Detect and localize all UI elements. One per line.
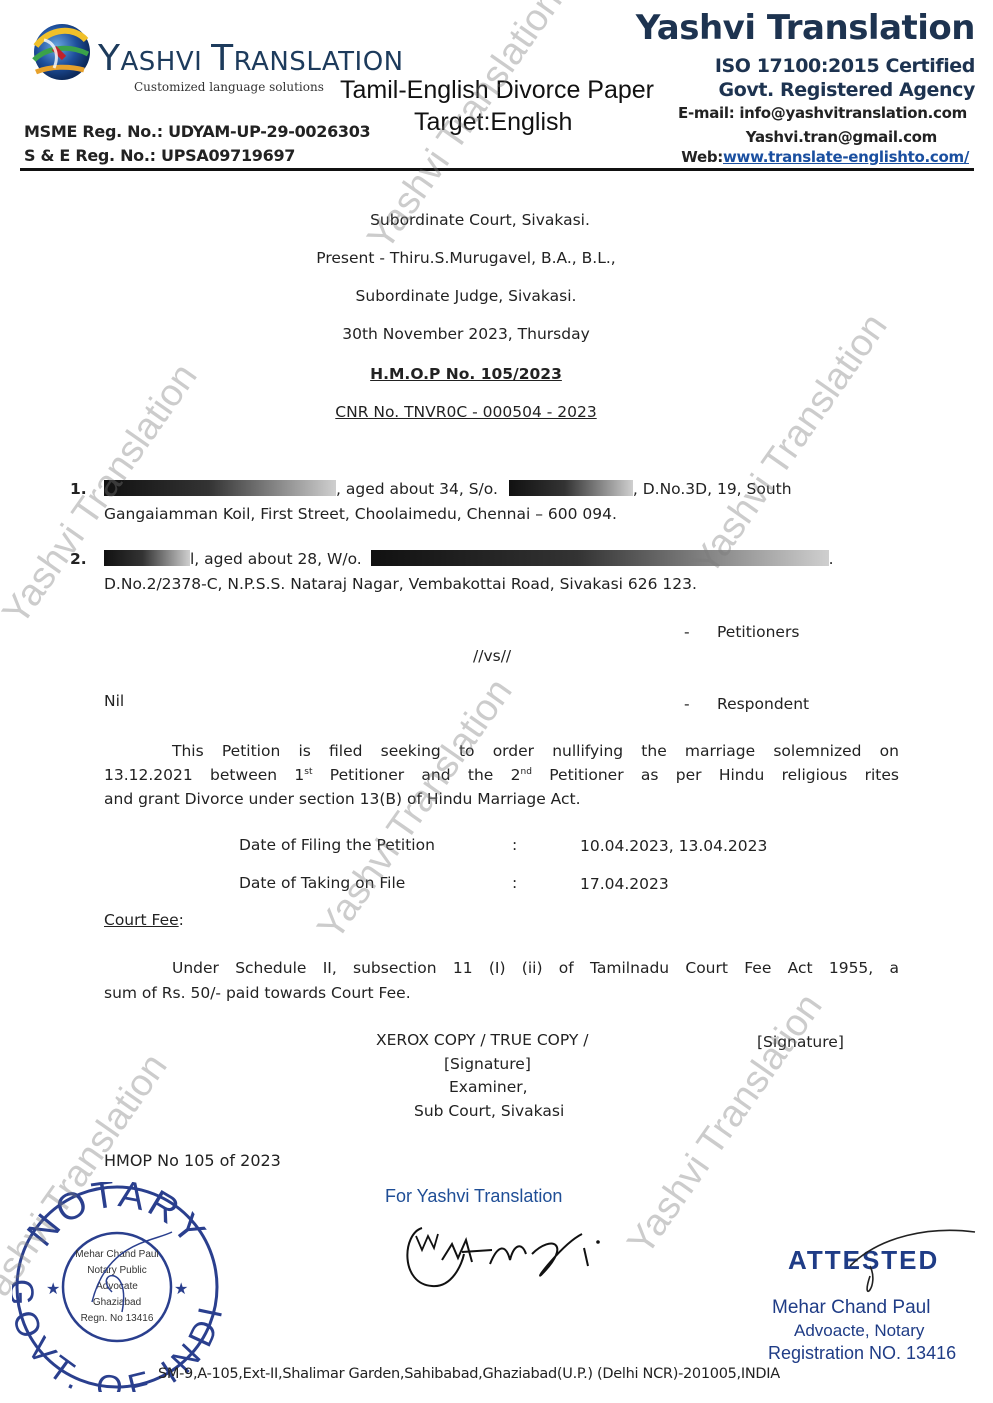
court-fee-heading-text: Court Fee: [104, 911, 179, 929]
logo-tagline: Customized language solutions: [134, 80, 324, 94]
translator-signature-icon: [402, 1214, 612, 1294]
iso-certification: ISO 17100:2015 Certified: [715, 55, 975, 77]
stamp-line: Advocate: [96, 1281, 138, 1292]
petitioner-1-line-1: , aged about 34, S/o. , D.No.3D, 19, Sou…: [104, 480, 899, 498]
versus-separator: //vs//: [473, 647, 511, 665]
contact-website: Web:www.translate-englishto.com/: [681, 148, 969, 166]
se-registration: S & E Reg. No.: UPSA09719697: [24, 146, 295, 165]
stamp-line: Notary Public: [87, 1265, 146, 1276]
petitioner-2-number: 2.: [70, 550, 87, 568]
contact-email-secondary: Yashvi.tran@gmail.com: [746, 128, 937, 146]
star-icon: ★: [174, 1281, 188, 1298]
copy-certification: XEROX COPY / TRUE COPY /: [376, 1031, 588, 1049]
logo-text: ASHVI: [121, 47, 212, 77]
petitioner-2-line-1: l, aged about 28, W/o. .: [104, 550, 899, 568]
redacted-name: [104, 550, 190, 566]
msme-registration: MSME Reg. No.: UDYAM-UP-29-0026303: [24, 122, 370, 141]
document-title: Tamil-English Divorce Paper: [340, 76, 654, 105]
website-label: Web:: [681, 148, 723, 166]
examiner-title: Examiner,: [449, 1078, 528, 1096]
svg-text:NOTARY: NOTARY: [19, 1182, 214, 1254]
petition-line-2: 13.12.2021 between 1st Petitioner and th…: [104, 766, 899, 784]
filing-date-label: Date of Filing the Petition: [239, 836, 435, 854]
redacted-name: [509, 480, 633, 496]
logo-letter: Y: [98, 38, 121, 79]
taking-on-file-label: Date of Taking on File: [239, 874, 405, 892]
court-fee-line-1: Under Schedule II, subsection 11 (I) (ii…: [172, 959, 899, 977]
petitioner-1-line-2: Gangaiamman Koil, First Street, Choolaim…: [104, 505, 899, 523]
document-target-language: Target:English: [414, 108, 572, 137]
header-divider: [20, 168, 974, 171]
contact-email-primary: E-mail: info@yashvitranslation.com: [678, 104, 967, 122]
stamp-top-text: NOTARY: [19, 1182, 214, 1254]
judge-title: Subordinate Judge, Sivakasi.: [0, 287, 932, 305]
brand-name: Yashvi Translation: [636, 8, 975, 48]
punctuation: :: [179, 911, 184, 929]
stamp-line: Ghaziabad: [93, 1297, 141, 1308]
govt-registration: Govt. Registered Agency: [719, 79, 976, 101]
respondent-label: Respondent: [717, 695, 809, 713]
watermark: Yashvi Translation: [310, 671, 522, 948]
notary-stamp: NOTARY GOVT. OF INDIA ★ ★ Mehar Chand Pa…: [12, 1182, 222, 1392]
website-link[interactable]: www.translate-englishto.com/: [723, 148, 969, 166]
logo-globe-icon: [24, 18, 94, 88]
stamp-line: Regn. No 13416: [81, 1313, 154, 1324]
order-date: 30th November 2023, Thursday: [0, 325, 932, 343]
presiding-officer: Present - Thiru.S.Murugavel, B.A., B.L.,: [0, 249, 932, 267]
judge-signature: [Signature]: [757, 1033, 844, 1051]
ordinal-suffix: nd: [521, 767, 532, 777]
petitioners-dash: -: [684, 623, 690, 641]
respondent-dash: -: [684, 695, 690, 713]
petition-line-1: This Petition is filed seeking to order …: [172, 742, 899, 760]
logo-text: RANSLATION: [234, 47, 404, 77]
filing-date-colon: :: [512, 836, 517, 854]
watermark: Yashvi Translation: [620, 986, 832, 1263]
examiner-signature: [Signature]: [444, 1055, 531, 1073]
redacted-name: [371, 550, 829, 566]
petitioner-1-number: 1.: [70, 480, 87, 498]
notary-signature-icon: [840, 1226, 980, 1306]
attester-title: Advoacte, Notary: [794, 1321, 924, 1341]
taking-on-file-colon: :: [512, 874, 517, 892]
logo-letter: T: [211, 38, 234, 79]
attester-registration: Registration NO. 13416: [768, 1343, 956, 1364]
watermark: Yashvi Translation: [685, 306, 897, 583]
respondent-name: Nil: [104, 692, 124, 710]
petition-text: Petitioner as per Hindu religious rites: [532, 766, 899, 784]
filing-date-value: 10.04.2023, 13.04.2023: [580, 837, 767, 855]
court-fee-line-2: sum of Rs. 50/- paid towards Court Fee.: [104, 984, 411, 1002]
court-name: Subordinate Court, Sivakasi.: [0, 211, 960, 229]
petition-text: 13.12.2021 between 1: [104, 766, 304, 784]
petitioners-label: Petitioners: [717, 623, 799, 641]
case-reference: HMOP No 105 of 2023: [104, 1151, 281, 1170]
petitioner-2-age: l, aged about 28, W/o.: [190, 550, 362, 568]
redacted-name: [104, 480, 336, 496]
petitioner-1-address-start: , D.No.3D, 19, South: [633, 480, 792, 498]
cnr-number: CNR No. TNVR0C - 000504 - 2023: [0, 403, 932, 421]
attester-name: Mehar Chand Paul: [772, 1297, 930, 1319]
petition-text: Petitioner and the 2: [312, 766, 520, 784]
logo-wordmark: YASHVI TRANSLATION: [98, 38, 404, 79]
taking-on-file-value: 17.04.2023: [580, 875, 669, 893]
examiner-office: Sub Court, Sivakasi: [414, 1102, 564, 1120]
punctuation: .: [829, 550, 834, 568]
petition-line-3: and grant Divorce under section 13(B) of…: [104, 790, 581, 808]
court-fee-heading: Court Fee:: [104, 911, 184, 929]
case-number: H.M.O.P No. 105/2023: [0, 365, 932, 383]
petitioner-1-age: , aged about 34, S/o.: [336, 480, 498, 498]
for-company-label: For Yashvi Translation: [385, 1186, 562, 1207]
office-address: SM-9,A-105,Ext-II,Shalimar Garden,Sahiba…: [158, 1366, 780, 1382]
petitioner-2-line-2: D.No.2/2378-C, N.P.S.S. Nataraj Nagar, V…: [104, 575, 899, 593]
star-icon: ★: [46, 1281, 60, 1298]
